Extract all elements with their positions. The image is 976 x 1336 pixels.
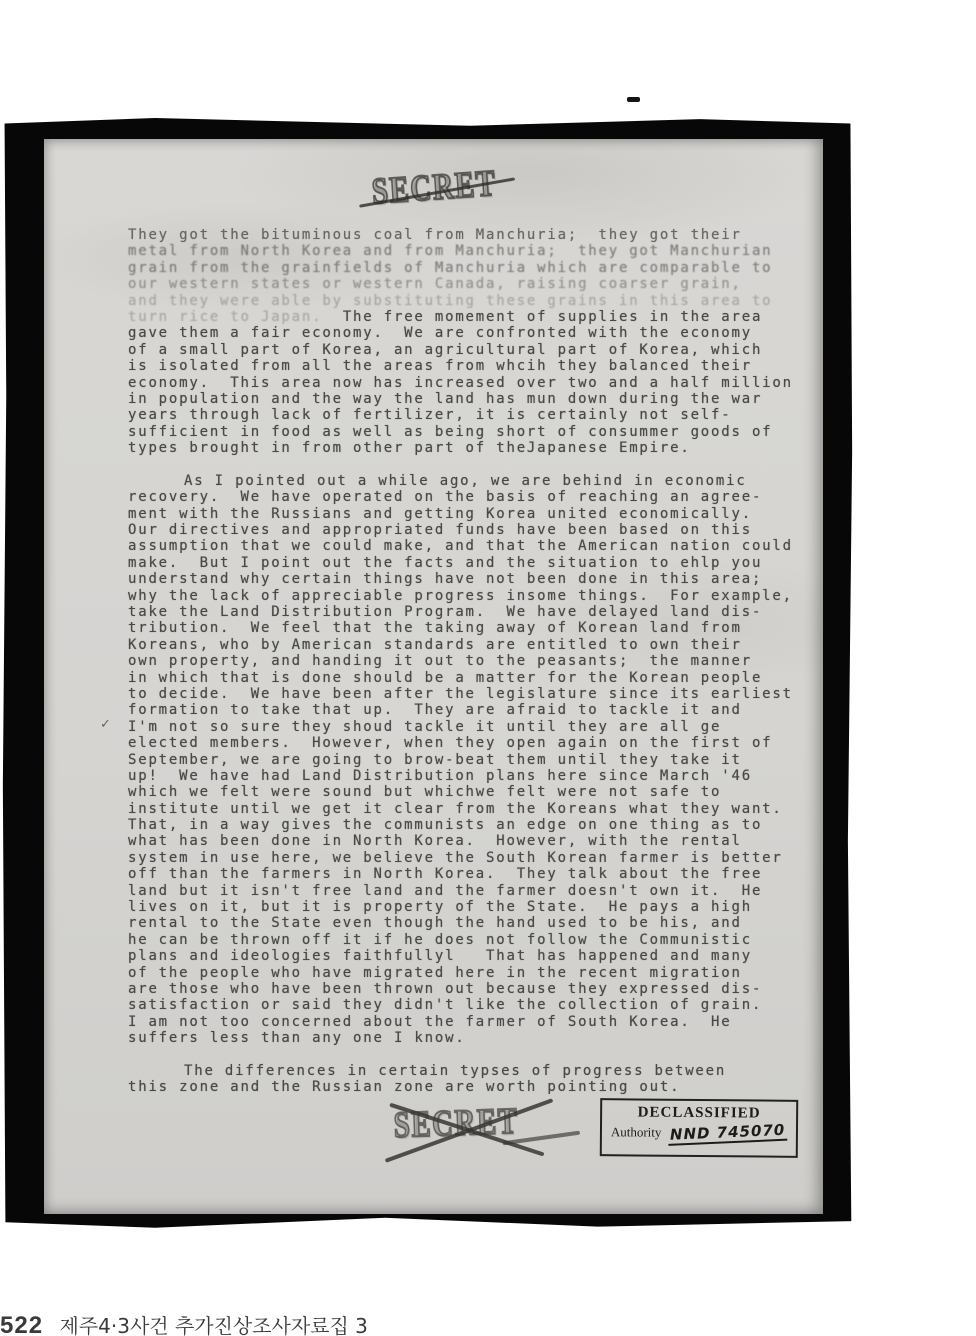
typed-line: in which that is done should be a matter…	[128, 670, 834, 686]
authority-label: Authority	[611, 1124, 662, 1139]
footer-page-number: 522	[0, 1312, 43, 1336]
typed-line: institute until we get it clear from the…	[128, 801, 834, 817]
typed-text-segment: That, in a way gives the communists an e…	[128, 817, 762, 833]
typed-line: Koreans, who by American standards are e…	[128, 637, 834, 653]
typed-line: our western states or western Canada, ra…	[128, 276, 834, 292]
typed-text-segment: in which that is done should be a matter…	[128, 670, 762, 686]
typed-text-segment: Koreans, who by American standards are e…	[128, 637, 742, 653]
typed-text-segment: are those who have been thrown out becau…	[128, 981, 762, 997]
typed-line: suffers less than any one I know.	[128, 1030, 834, 1046]
typed-line: assumption that we could make, and that …	[128, 538, 834, 554]
typed-text-segment: recovery. We have operated on the basis …	[128, 489, 762, 505]
typed-text-segment: of a small part of Korea, an agricultura…	[128, 342, 762, 358]
typed-text-segment: to decide. We have been after the legisl…	[128, 686, 793, 702]
typed-text-segment: tribution. We feel that the taking away …	[128, 620, 742, 636]
secret-stamp-top-text: SECRET	[370, 162, 498, 214]
typed-text-segment: own property, and handing it out to the …	[128, 653, 752, 669]
footer-book-title: 제주4·3사건 추가진상조사자료집 3	[60, 1314, 368, 1336]
typed-text-segment: is isolated from all the areas from whci…	[128, 358, 752, 374]
typed-text-segment: I am not too concerned about the farmer …	[128, 1014, 732, 1030]
typed-text-segment: our western states or western Canada, ra…	[128, 276, 742, 292]
typed-line: he can be thrown off it if he does not f…	[128, 932, 834, 948]
typed-line: is isolated from all the areas from whci…	[128, 358, 834, 374]
typed-line: rental to the State even though the hand…	[128, 915, 834, 931]
typed-text-segment: years through lack of fertilizer, it is …	[128, 407, 732, 423]
typed-text-segment: elected members. However, when they open…	[128, 735, 772, 751]
typed-text-segment: plans and ideologies faithfullyl That ha…	[128, 948, 752, 964]
typed-text-segment: The free momement of supplies in the are…	[322, 309, 762, 325]
typed-line: ment with the Russians and getting Korea…	[128, 506, 834, 522]
typed-text-body: They got the bituminous coal from Manchu…	[128, 227, 834, 1096]
typed-text-segment: turn rice to Japan.	[128, 309, 322, 325]
black-scan-mat: SECRET They got the bituminous coal from…	[2, 118, 853, 1230]
typed-line: why the lack of appreciable progress ins…	[128, 588, 834, 604]
typed-text-segment: sufficient in food as well as being shor…	[128, 424, 772, 440]
typed-text-segment: I'm not so sure they shoud tackle it unt…	[128, 719, 721, 735]
typed-text-segment: The differences in certain typses of pro…	[184, 1063, 726, 1079]
typed-line: land but it isn't free land and the farm…	[128, 883, 834, 899]
typed-text-segment: satisfaction or said they didn't like th…	[128, 997, 762, 1013]
typed-line: tribution. We feel that the taking away …	[128, 620, 834, 636]
typed-line: take the Land Distribution Program. We h…	[128, 604, 834, 620]
typed-line: years through lack of fertilizer, it is …	[128, 407, 834, 423]
typed-line: of the people who have migrated here in …	[128, 965, 834, 981]
margin-check-mark: ✓	[100, 717, 111, 732]
typed-text-segment: of the people who have migrated here in …	[128, 965, 742, 981]
footer-caption: 522 제주4·3사건 추가진상조사자료집 3	[0, 1310, 368, 1336]
typed-line: plans and ideologies faithfullyl That ha…	[128, 948, 834, 964]
authority-number-handwritten: NND 745070	[667, 1121, 787, 1146]
typed-line: The differences in certain typses of pro…	[128, 1063, 834, 1079]
typed-text-segment: off than the farmers in North Korea. The…	[128, 866, 762, 882]
typed-text-segment: formation to take that up. They are afra…	[128, 702, 742, 718]
typed-line: As I pointed out a while ago, we are beh…	[128, 473, 834, 489]
secret-stamp-top: SECRET	[370, 159, 533, 220]
typed-text-segment: economy. This area now has increased ove…	[128, 375, 793, 391]
typed-text-segment: assumption that we could make, and that …	[128, 538, 793, 554]
typed-line: what has been done in North Korea. Howev…	[128, 833, 834, 849]
typed-text-segment: up! We have had Land Distribution plans …	[128, 768, 752, 784]
typed-text-segment: this zone and the Russian zone are worth…	[128, 1079, 680, 1095]
typed-text-segment: why the lack of appreciable progress ins…	[128, 588, 793, 604]
typed-text-segment: Our directives and appropriated funds ha…	[128, 522, 752, 538]
typed-text-segment: what has been done in North Korea. Howev…	[128, 833, 742, 849]
typed-text-segment: grain from the grainfields of Manchuria …	[128, 260, 772, 276]
typed-line: are those who have been thrown out becau…	[128, 981, 834, 997]
typed-line: September, we are going to brow-beat the…	[128, 752, 834, 768]
declassified-stamp: DECLASSIFIED Authority NND 745070	[600, 1098, 798, 1158]
typed-text-segment: understand why certain things have not b…	[128, 571, 762, 587]
typed-line: I'm not so sure they shoud tackle it unt…	[128, 719, 834, 735]
typed-text-segment: and they were able by substituting these…	[128, 293, 772, 309]
typed-text-segment: metal from North Korea and from Manchuri…	[128, 243, 772, 259]
typed-line: understand why certain things have not b…	[128, 571, 834, 587]
typed-text-segment: make. But I point out the facts and the …	[128, 555, 762, 571]
typed-text-segment: land but it isn't free land and the farm…	[128, 883, 762, 899]
typed-text-segment: gave them a fair economy. We are confron…	[128, 325, 752, 341]
typed-text-segment: lives on it, but it is property of the S…	[128, 899, 752, 915]
paragraph: As I pointed out a while ago, we are beh…	[128, 473, 834, 1047]
typed-line: recovery. We have operated on the basis …	[128, 489, 834, 505]
typed-line: satisfaction or said they didn't like th…	[128, 997, 834, 1013]
typed-text-segment: rental to the State even though the hand…	[128, 915, 742, 931]
typed-line: formation to take that up. They are afra…	[128, 702, 834, 718]
typed-line: gave them a fair economy. We are confron…	[128, 325, 834, 341]
typed-line: Our directives and appropriated funds ha…	[128, 522, 834, 538]
secret-stamp-bottom: SECRET	[393, 1098, 575, 1164]
typed-line: grain from the grainfields of Manchuria …	[128, 260, 834, 276]
typed-line: own property, and handing it out to the …	[128, 653, 834, 669]
typed-line: types brought in from other part of theJ…	[128, 440, 834, 456]
typed-line: sufficient in food as well as being shor…	[128, 424, 834, 440]
typed-text-segment: he can be thrown off it if he does not f…	[128, 932, 752, 948]
typed-line: economy. This area now has increased ove…	[128, 375, 834, 391]
typed-text-segment: ment with the Russians and getting Korea…	[128, 506, 752, 522]
typed-line: system in use here, we believe the South…	[128, 850, 834, 866]
typed-text-segment: in population and the way the land has m…	[128, 391, 762, 407]
typed-line: to decide. We have been after the legisl…	[128, 686, 834, 702]
paragraph: They got the bituminous coal from Manchu…	[128, 227, 834, 456]
typed-line: off than the farmers in North Korea. The…	[128, 866, 834, 882]
declassified-authority-line: Authority NND 745070	[602, 1122, 796, 1144]
typed-line: I am not too concerned about the farmer …	[128, 1014, 834, 1030]
typed-line: They got the bituminous coal from Manchu…	[128, 227, 834, 243]
typed-text-segment: institute until we get it clear from the…	[128, 801, 783, 817]
typed-line: elected members. However, when they open…	[128, 735, 834, 751]
typed-line: this zone and the Russian zone are worth…	[128, 1079, 834, 1095]
document-paper: SECRET They got the bituminous coal from…	[44, 139, 823, 1214]
typed-text-segment: types brought in from other part of theJ…	[128, 440, 691, 456]
typed-text-segment: As I pointed out a while ago, we are beh…	[184, 473, 747, 489]
typed-line: of a small part of Korea, an agricultura…	[128, 342, 834, 358]
typed-line: metal from North Korea and from Manchuri…	[128, 243, 834, 259]
declassified-title: DECLASSIFIED	[602, 1104, 796, 1123]
paragraph: The differences in certain typses of pro…	[128, 1063, 834, 1096]
typed-line: make. But I point out the facts and the …	[128, 555, 834, 571]
typed-line: and they were able by substituting these…	[128, 293, 834, 309]
typed-text-segment: They got the bituminous coal from Manchu…	[128, 227, 742, 243]
typed-line: up! We have had Land Distribution plans …	[128, 768, 834, 784]
typed-line: which we felt were sound but whichwe fel…	[128, 784, 834, 800]
typed-text-segment: which we felt were sound but whichwe fel…	[128, 784, 721, 800]
typed-line: lives on it, but it is property of the S…	[128, 899, 834, 915]
typed-line: turn rice to Japan. The free momement of…	[128, 309, 834, 325]
typed-text-segment: system in use here, we believe the South…	[128, 850, 783, 866]
typed-line: That, in a way gives the communists an e…	[128, 817, 834, 833]
typed-text-segment: take the Land Distribution Program. We h…	[128, 604, 762, 620]
typed-line: in population and the way the land has m…	[128, 391, 834, 407]
typed-text-segment: suffers less than any one I know.	[128, 1030, 466, 1046]
typed-text-segment: September, we are going to brow-beat the…	[128, 752, 742, 768]
scan-artifact-dash	[627, 97, 640, 102]
